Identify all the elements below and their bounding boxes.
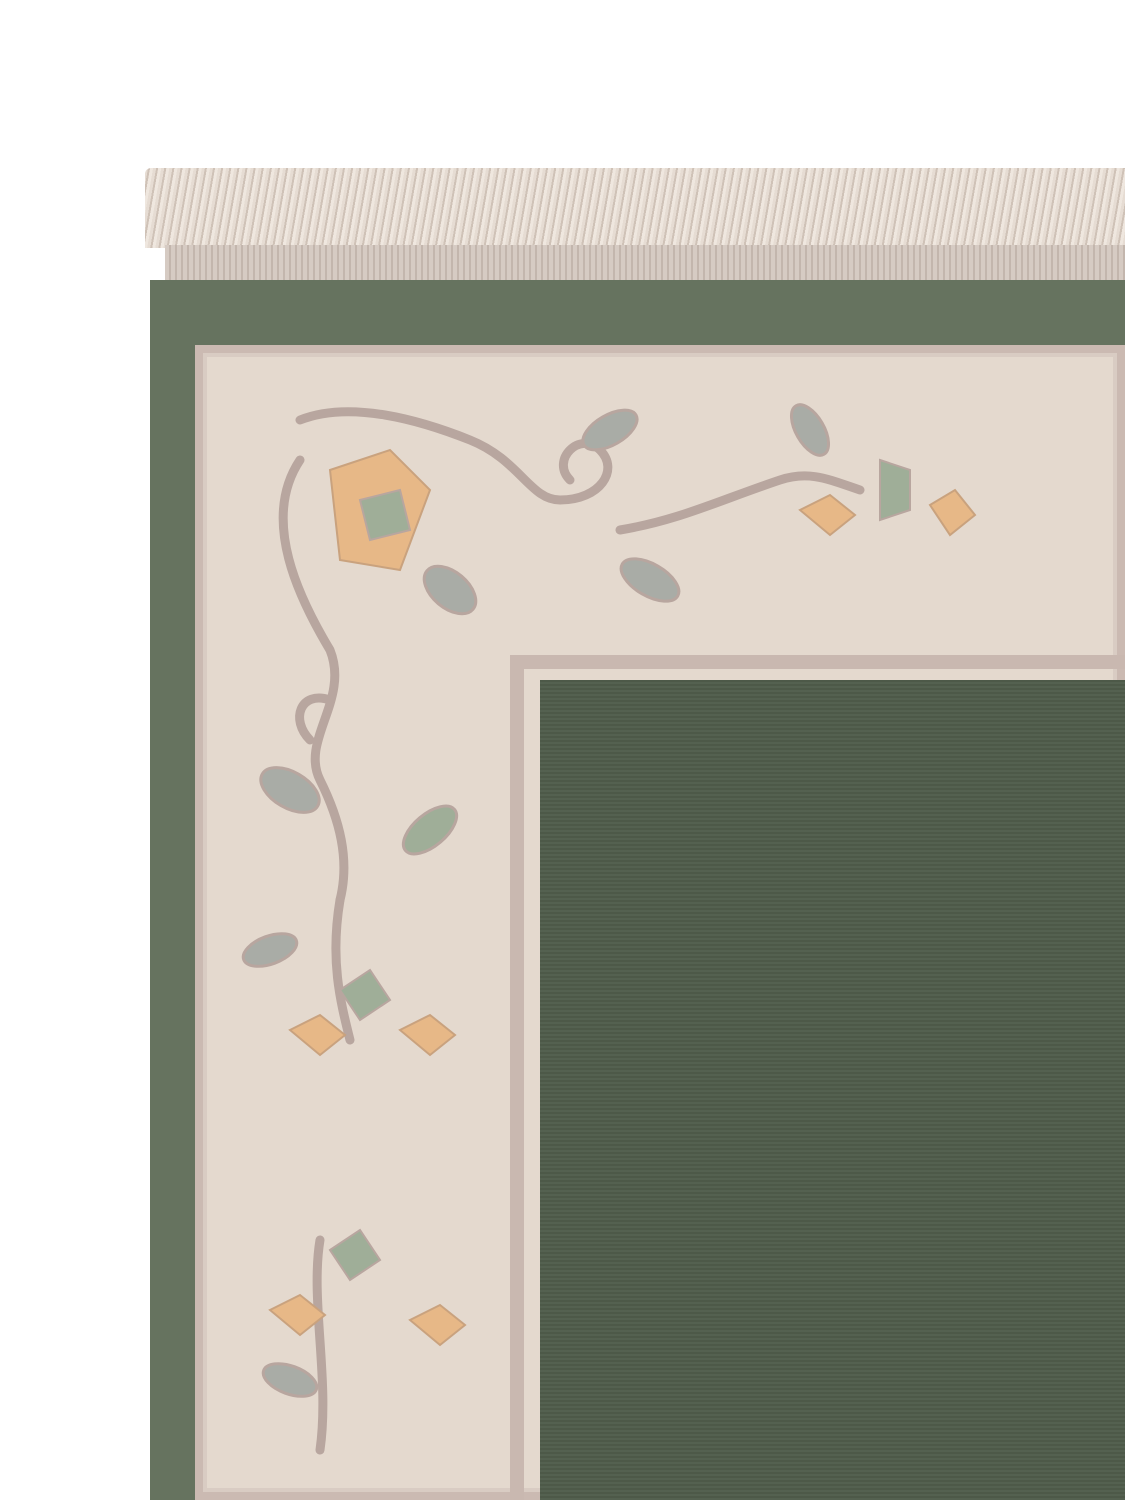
floral-vine-motif xyxy=(0,0,1125,1500)
rug-photo xyxy=(0,0,1125,1500)
